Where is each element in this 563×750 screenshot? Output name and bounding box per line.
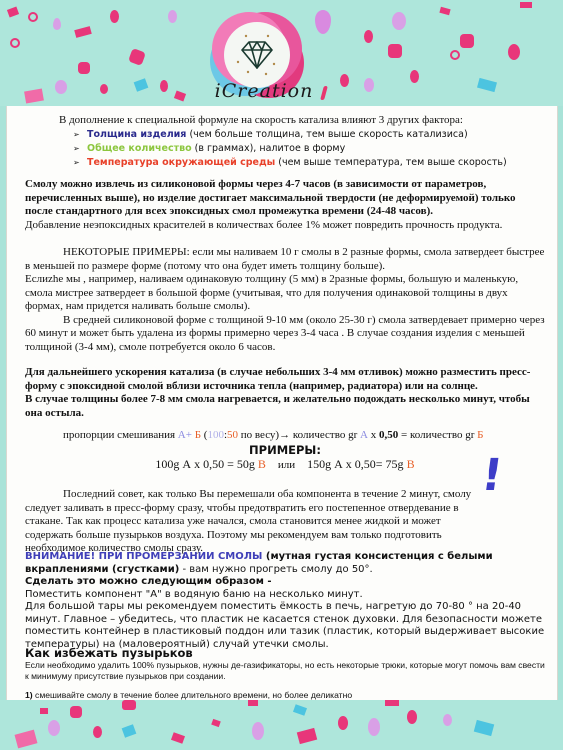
gem-icon xyxy=(100,84,108,94)
arrow-bullet-icon: ➢ xyxy=(73,156,87,170)
examples-paragraph: НЕКОТОРЫЕ ПРИМЕРЫ: если мы наливаем 10 г… xyxy=(25,246,545,354)
last-tip-paragraph: Последний совет, как только Вы перемешал… xyxy=(25,488,475,556)
gem-icon xyxy=(338,716,348,730)
gem-icon xyxy=(460,34,474,48)
examples-box: ПРИМЕРЫ: 100g А x 0,50 = 50g В или 150g … xyxy=(25,443,545,472)
gem-icon xyxy=(10,38,20,48)
gem-icon xyxy=(364,78,374,92)
gem-icon xyxy=(28,12,38,22)
gem-icon xyxy=(93,726,102,738)
gem-icon xyxy=(211,719,221,727)
mix-ratio: пропорции смешивания А+ Б (100:50 по вес… xyxy=(63,429,543,441)
gem-icon xyxy=(392,12,406,30)
intro-text: В дополнение к специальной формуле на ск… xyxy=(59,114,563,126)
gem-icon xyxy=(508,44,520,60)
gem-icon xyxy=(368,718,380,736)
gem-icon xyxy=(364,30,373,43)
gem-icon xyxy=(122,700,136,710)
gem-icon xyxy=(477,78,497,92)
instruction-sheet: В дополнение к специальной формуле на ск… xyxy=(6,106,558,700)
gem-icon xyxy=(174,91,186,102)
gem-icon xyxy=(74,26,92,38)
gem-icon xyxy=(160,80,168,92)
gem-icon xyxy=(410,70,419,83)
gem-icon xyxy=(474,720,494,736)
gem-icon xyxy=(450,50,460,60)
factor-item: ➢Общее количество (в граммах), налитое в… xyxy=(73,142,563,156)
warning-title: ВНИМАНИЕ! ПРИ ПРОМЕРЗАНИИ СМОЛЫ xyxy=(25,551,262,562)
gem-icon xyxy=(439,7,450,15)
logo-badge xyxy=(224,22,290,88)
gem-icon xyxy=(388,44,402,58)
gem-icon xyxy=(443,714,452,726)
arrow-bullet-icon: ➢ xyxy=(73,128,87,142)
gem-icon xyxy=(122,724,137,738)
gem-icon xyxy=(293,704,307,716)
bubbles-title: Как избежать пузырьков xyxy=(25,646,545,660)
gem-icon xyxy=(24,89,44,104)
gem-icon xyxy=(70,706,82,718)
gem-icon xyxy=(53,18,61,30)
demold-paragraph: Смолу можно извлечь из силиконовой формы… xyxy=(25,178,545,232)
gem-icon xyxy=(134,78,149,92)
arrow-bullet-icon: ➢ xyxy=(73,142,87,156)
gem-icon xyxy=(340,74,349,87)
diamond-icon xyxy=(224,22,290,88)
gem-icon xyxy=(48,720,60,736)
gem-icon xyxy=(315,10,331,34)
gem-icon xyxy=(78,62,90,74)
gem-icon xyxy=(520,2,532,8)
gem-icon xyxy=(297,728,317,744)
warning-section: ВНИМАНИЕ! ПРИ ПРОМЕРЗАНИИ СМОЛЫ (мутная … xyxy=(25,551,545,651)
gem-icon xyxy=(248,700,258,706)
header-banner: iCreation xyxy=(0,0,563,106)
gem-icon xyxy=(385,700,399,706)
accelerate-paragraph: Для дальнейшего ускорения катализа (в сл… xyxy=(25,366,545,420)
factor-list: ➢Толщина изделия (чем больше толщина, те… xyxy=(73,128,563,170)
gem-icon xyxy=(15,730,38,749)
gem-icon xyxy=(7,7,19,18)
factor-item: ➢Толщина изделия (чем больше толщина, те… xyxy=(73,128,563,142)
gem-icon xyxy=(171,732,185,744)
gem-icon xyxy=(168,10,177,23)
logo-text: iCreation xyxy=(204,80,324,102)
factor-item: ➢Температура окружающей среды (чем выше … xyxy=(73,156,563,170)
footer-banner xyxy=(0,700,563,750)
gem-icon xyxy=(55,80,67,94)
gem-icon xyxy=(128,48,146,66)
gem-icon xyxy=(407,710,417,724)
gem-icon xyxy=(252,722,264,740)
gem-icon xyxy=(110,10,119,23)
arrow-right-icon: → xyxy=(279,429,290,441)
gem-icon xyxy=(40,708,48,714)
